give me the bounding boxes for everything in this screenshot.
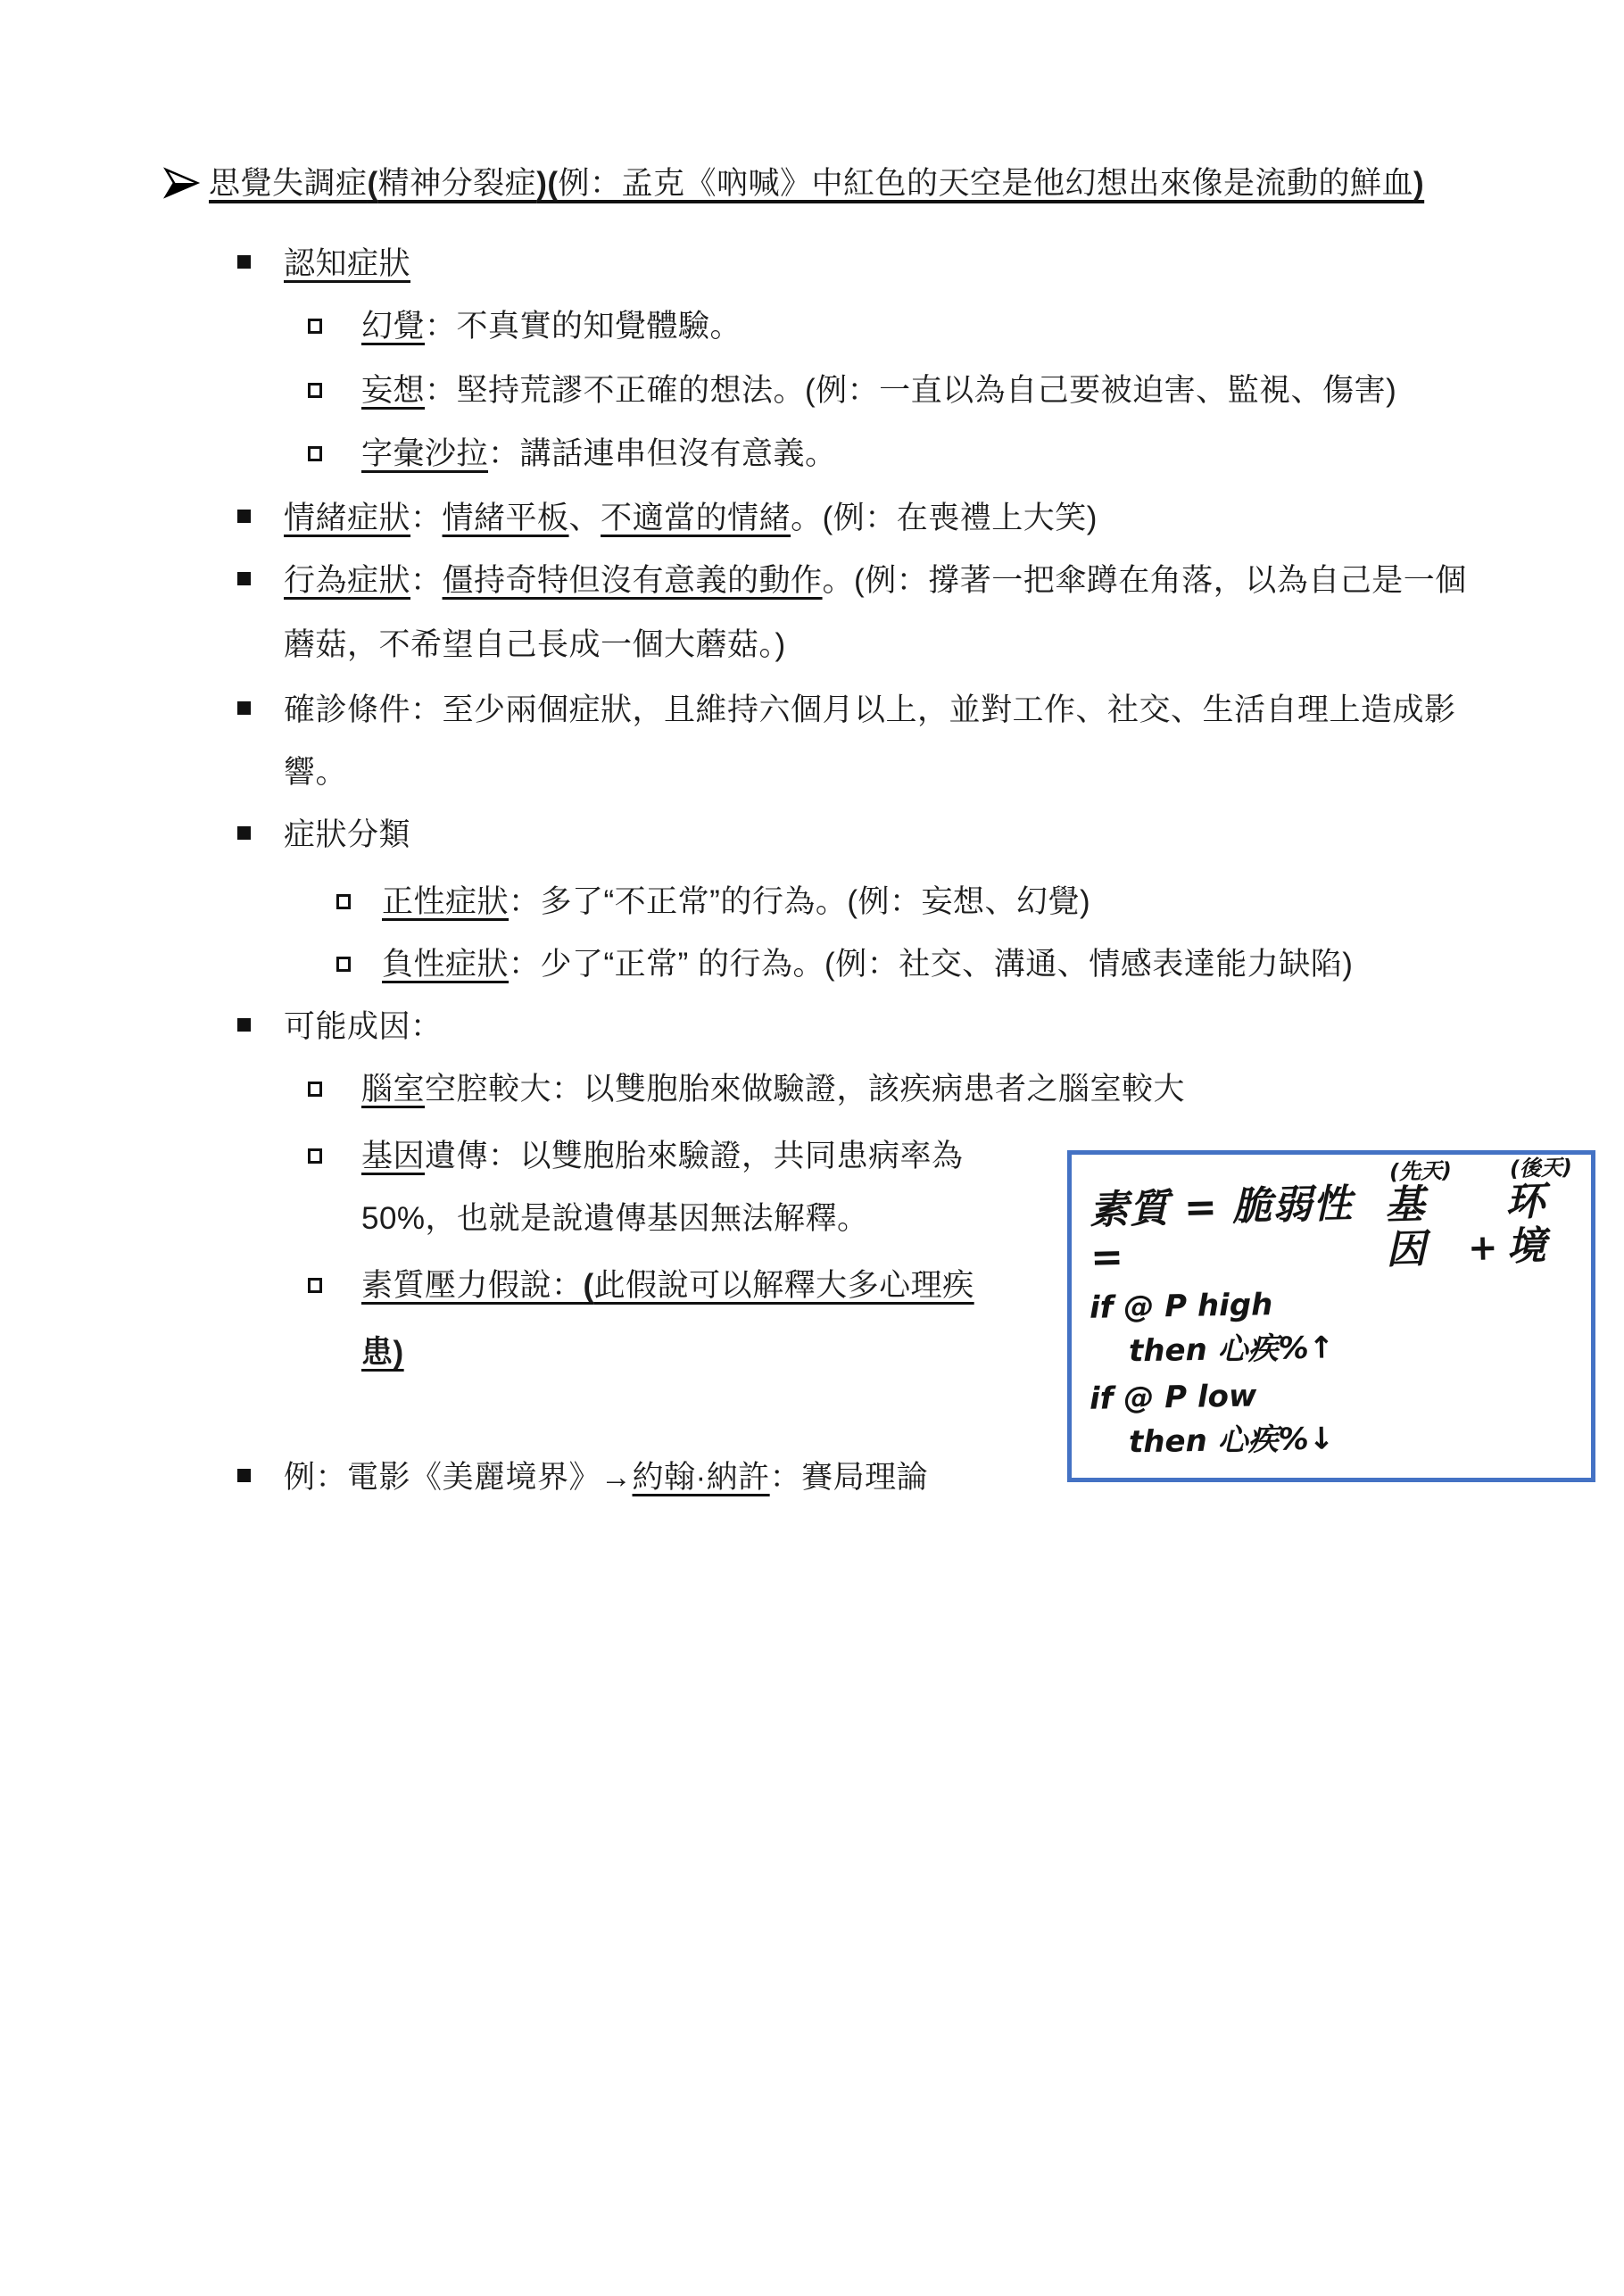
text-run: 遺傳：以雙胞胎來驗證，共同患病率為 — [425, 1139, 964, 1173]
note-box: 素質 = 脆弱性 = (先天) 基因 + (後天) 环境 if @ P high… — [1067, 1150, 1595, 1482]
item-symptom-classification: 症狀分類 — [284, 815, 410, 856]
text-run: 。(例：在喪禮上大笑) — [791, 501, 1098, 535]
text-run: 響。 — [284, 755, 347, 790]
text-run: 負性症狀 — [382, 947, 509, 982]
filled-square-bullet-icon — [237, 572, 251, 585]
open-square-bullet-icon — [308, 1278, 322, 1293]
filled-square-bullet-icon — [237, 1018, 251, 1032]
item-behavioral-symptoms: 行為症狀：僵持奇特但沒有意義的動作。(例：撐著一把傘蹲在角落，以為自己是一個 — [284, 560, 1467, 601]
filled-square-bullet-icon — [237, 701, 251, 715]
equation-lhs: 素質 = 脆弱性 = — [1089, 1171, 1380, 1281]
text-run: ：少了“正常” 的行為。(例：社交、溝通、情感表達能力缺陷) — [509, 947, 1353, 982]
text-run: 認知症狀 — [284, 246, 410, 281]
item-delusion: 妄想：堅持荒謬不正確的想法。(例：一直以為自己要被迫害、監視、傷害) — [361, 370, 1396, 411]
filled-square-bullet-icon — [237, 510, 251, 523]
innate-annotation: (先天) — [1389, 1159, 1453, 1184]
item-word-salad: 字彙沙拉：講話連串但沒有意義。 — [361, 434, 837, 475]
equation-gene-column: (先天) 基因 — [1384, 1158, 1460, 1272]
text-run: 症狀分類 — [284, 817, 410, 852]
item-behavioral-symptoms-cont: 蘑菇，不希望自己長成一個大蘑菇。) — [284, 625, 786, 666]
text-run: )( — [536, 166, 558, 201]
text-run: 可能成因： — [284, 1009, 443, 1044]
text-run: 約翰·納許 — [633, 1460, 770, 1495]
text-run: ( — [368, 166, 378, 201]
text-run: ( — [584, 1268, 594, 1303]
text-run: 50%，也就是說遺傳基因無法解釋。 — [361, 1201, 869, 1236]
item-diagnosis-criteria: 確診條件：至少兩個症狀，且維持六個月以上，並對工作、社交、生活自理上造成影 — [284, 690, 1456, 731]
text-run: 例：電影《美麗境界》→ — [284, 1460, 633, 1495]
item-negative-symptoms: 負性症狀：少了“正常” 的行為。(例：社交、溝通、情感表達能力缺陷) — [382, 944, 1353, 985]
acquired-annotation: (後天) — [1510, 1156, 1573, 1181]
text-run: 情緒平板 — [443, 501, 569, 535]
item-hallucination: 幻覺：不真實的知覺體驗。 — [361, 306, 742, 347]
text-run: 情緒症狀 — [284, 501, 410, 535]
arrow-bullet-icon — [163, 167, 201, 211]
handwritten-then-down-line: then 心疾%↓ — [1129, 1417, 1579, 1461]
text-run: 正性症狀 — [382, 884, 509, 919]
text-run: ： — [410, 501, 443, 535]
equation-plus-sign: + — [1467, 1225, 1498, 1271]
item-positive-symptoms: 正性症狀：多了“不正常”的行為。(例：妄想、幻覺) — [382, 882, 1090, 923]
open-square-bullet-icon — [308, 1148, 322, 1164]
equation-env-column: (後天) 环境 — [1504, 1156, 1580, 1270]
text-run: ) — [1413, 166, 1424, 201]
text-run: 患) — [361, 1335, 404, 1370]
text-run: 例：孟克《吶喊》中紅色的天空是他幻想出來像是流動的鮮血 — [559, 166, 1414, 201]
handwritten-equation: 素質 = 脆弱性 = (先天) 基因 + (後天) 环境 — [1088, 1156, 1579, 1281]
equation-env: 环境 — [1505, 1179, 1580, 1270]
text-run: 幻覺 — [361, 309, 425, 344]
open-square-bullet-icon — [308, 383, 322, 398]
handwritten-if-low-line: if @ P low — [1090, 1372, 1579, 1417]
text-run: ：講話連串但沒有意義。 — [488, 436, 837, 471]
text-run: 基因 — [361, 1139, 425, 1173]
open-square-bullet-icon — [308, 1082, 322, 1097]
open-square-bullet-icon — [336, 957, 351, 972]
filled-square-bullet-icon — [237, 826, 251, 840]
heading-schizophrenia: 思覺失調症(精神分裂症)(例：孟克《吶喊》中紅色的天空是他幻想出來像是流動的鮮血… — [209, 163, 1424, 204]
text-run: 字彙沙拉 — [361, 436, 488, 471]
text-run: 行為症狀 — [284, 563, 410, 598]
text-run: ： — [410, 563, 443, 598]
item-diathesis-stress: 素質壓力假說：(此假說可以解釋大多心理疾 — [361, 1265, 974, 1306]
text-run: 素質壓力假說： — [361, 1268, 584, 1303]
open-square-bullet-icon — [336, 894, 351, 909]
text-run: ：堅持荒謬不正確的想法。(例：一直以為自己要被迫害、監視、傷害) — [425, 373, 1396, 408]
text-run: 確診條件：至少兩個症狀，且維持六個月以上，並對工作、社交、生活自理上造成影 — [284, 692, 1456, 727]
open-square-bullet-icon — [308, 319, 322, 334]
item-diagnosis-criteria-cont: 響。 — [284, 752, 347, 793]
filled-square-bullet-icon — [237, 255, 251, 269]
text-run: 不適當的情緒 — [601, 501, 791, 535]
text-run: 。(例：撐著一把傘蹲在角落，以為自己是一個 — [823, 563, 1467, 598]
filled-square-bullet-icon — [237, 1469, 251, 1482]
text-run: 僵持奇特但沒有意義的動作 — [443, 563, 823, 598]
text-run: 精神分裂症 — [378, 166, 537, 201]
text-run: 妄想 — [361, 373, 425, 408]
item-cognitive-symptoms: 認知症狀 — [284, 244, 410, 285]
item-genetics: 基因遺傳：以雙胞胎來驗證，共同患病率為 — [361, 1136, 964, 1177]
handwritten-then-up-line: then 心疾%↑ — [1129, 1326, 1579, 1370]
text-run: 思覺失調症 — [209, 166, 368, 201]
item-diathesis-stress-cont: 患) — [361, 1332, 404, 1373]
item-possible-causes: 可能成因： — [284, 1007, 443, 1048]
text-run: 、 — [569, 501, 601, 535]
text-run: 空腔較大：以雙胞胎來做驗證，該疾病患者之腦室較大 — [425, 1072, 1185, 1107]
text-run: ：不真實的知覺體驗。 — [425, 309, 742, 344]
text-run: 腦室 — [361, 1072, 425, 1107]
item-emotional-symptoms: 情緒症狀：情緒平板、不適當的情緒。(例：在喪禮上大笑) — [284, 498, 1098, 539]
page: 思覺失調症(精神分裂症)(例：孟克《吶喊》中紅色的天空是他幻想出來像是流動的鮮血… — [0, 0, 1624, 2296]
item-ventricle: 腦室空腔較大：以雙胞胎來做驗證，該疾病患者之腦室較大 — [361, 1069, 1185, 1110]
text-run: ：多了“不正常”的行為。(例：妄想、幻覺) — [509, 884, 1090, 919]
text-run: ：賽局理論 — [770, 1460, 929, 1495]
text-run: 此假說可以解釋大多心理疾 — [594, 1268, 974, 1303]
handwritten-if-high-line: if @ P high — [1090, 1281, 1579, 1326]
text-run: 蘑菇，不希望自己長成一個大蘑菇。) — [284, 627, 786, 662]
item-genetics-cont: 50%，也就是說遺傳基因無法解釋。 — [361, 1198, 869, 1239]
equation-gene: 基因 — [1385, 1181, 1460, 1272]
open-square-bullet-icon — [308, 446, 322, 461]
item-movie-example: 例：電影《美麗境界》→約翰·納許：賽局理論 — [284, 1457, 928, 1498]
